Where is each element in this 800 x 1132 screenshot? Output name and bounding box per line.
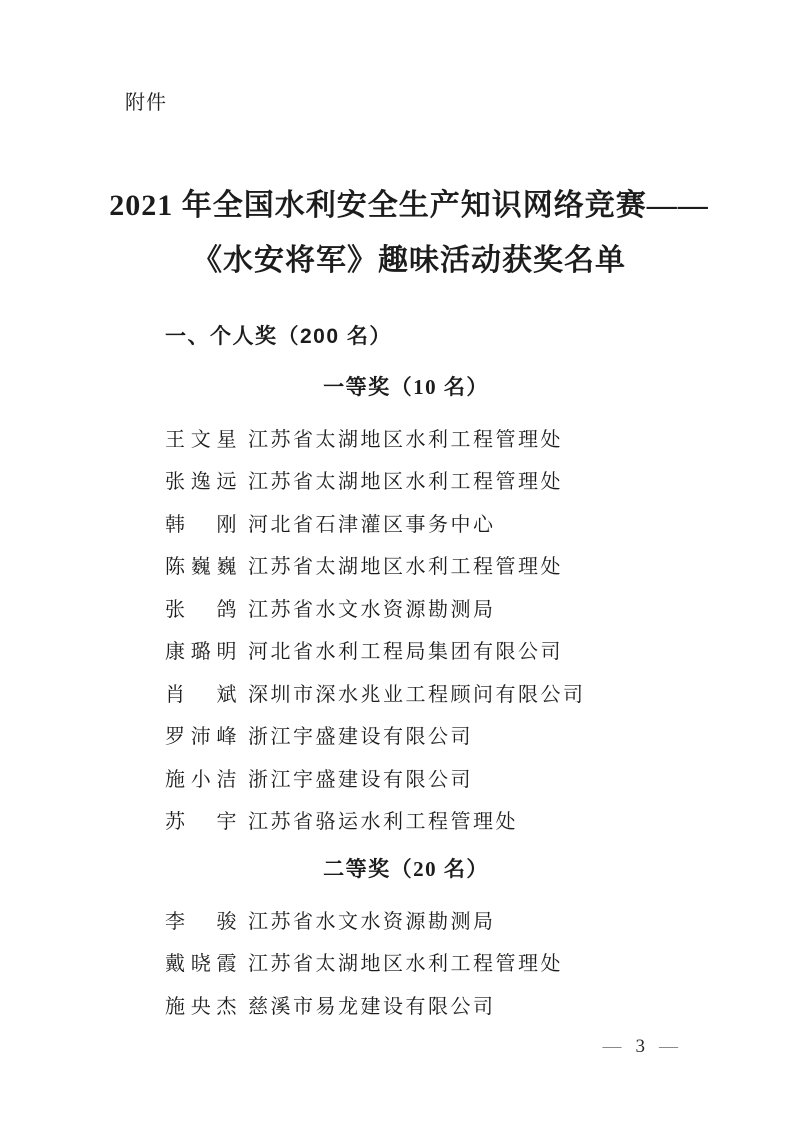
prize-subheading: 二等奖（20 名） (0, 857, 800, 881)
winners-list: 王文星江苏省太湖地区水利工程管理处张逸远江苏省太湖地区水利工程管理处韩 刚河北省… (165, 416, 800, 841)
winner-row: 肖 斌深圳市深水兆业工程顾问有限公司 (165, 671, 800, 714)
document-title-line2: 《水安将军》趣味活动获奖名单 (18, 233, 800, 288)
winner-row: 李 骏江苏省水文水资源勘测局 (165, 898, 800, 941)
winner-name: 康璐明 (165, 635, 239, 664)
sections: 一等奖（10 名）王文星江苏省太湖地区水利工程管理处张逸远江苏省太湖地区水利工程… (0, 375, 800, 1026)
document-page: 附件 2021 年全国水利安全生产知识网络竞赛—— 《水安将军》趣味活动获奖名单… (0, 0, 800, 1132)
section-heading-individual-awards: 一、个人奖（200 名） (165, 325, 800, 349)
winner-name: 李 骏 (165, 905, 239, 934)
winner-organization: 江苏省骆运水利工程管理处 (248, 805, 518, 834)
document-title-line1: 2021 年全国水利安全生产知识网络竞赛—— (18, 178, 800, 233)
winner-name: 王文星 (165, 423, 239, 452)
winner-organization: 江苏省太湖地区水利工程管理处 (248, 465, 563, 494)
prize-section: 一等奖（10 名）王文星江苏省太湖地区水利工程管理处张逸远江苏省太湖地区水利工程… (0, 375, 800, 841)
winner-organization: 深圳市深水兆业工程顾问有限公司 (248, 678, 586, 707)
winner-name: 施小洁 (165, 763, 239, 792)
winner-organization: 河北省水利工程局集团有限公司 (248, 635, 563, 664)
winner-organization: 浙江宇盛建设有限公司 (248, 720, 473, 749)
winner-organization: 慈溪市易龙建设有限公司 (248, 990, 496, 1019)
winner-row: 张逸远江苏省太湖地区水利工程管理处 (165, 459, 800, 502)
winner-name: 施央杰 (165, 990, 239, 1019)
winner-organization: 江苏省太湖地区水利工程管理处 (248, 550, 563, 579)
footer-right-dash: — (659, 1036, 678, 1058)
document-title: 2021 年全国水利安全生产知识网络竞赛—— 《水安将军》趣味活动获奖名单 (0, 178, 800, 288)
winner-row: 陈巍巍江苏省太湖地区水利工程管理处 (165, 544, 800, 587)
winner-row: 王文星江苏省太湖地区水利工程管理处 (165, 416, 800, 459)
winner-name: 陈巍巍 (165, 550, 239, 579)
winner-organization: 河北省石津灌区事务中心 (248, 508, 496, 537)
winner-row: 苏 宇江苏省骆运水利工程管理处 (165, 799, 800, 842)
winner-organization: 江苏省水文水资源勘测局 (248, 593, 496, 622)
winner-row: 韩 刚河北省石津灌区事务中心 (165, 501, 800, 544)
winner-organization: 江苏省太湖地区水利工程管理处 (248, 947, 563, 976)
winner-organization: 浙江宇盛建设有限公司 (248, 763, 473, 792)
page-number: 3 (636, 1036, 646, 1058)
page-footer: — 3 — (603, 1036, 679, 1058)
winner-row: 张 鸽江苏省水文水资源勘测局 (165, 586, 800, 629)
prize-section: 二等奖（20 名）李 骏江苏省水文水资源勘测局戴晓霞江苏省太湖地区水利工程管理处… (0, 857, 800, 1026)
winner-name: 苏 宇 (165, 805, 239, 834)
winners-list: 李 骏江苏省水文水资源勘测局戴晓霞江苏省太湖地区水利工程管理处施央杰慈溪市易龙建… (165, 898, 800, 1026)
prize-subheading: 一等奖（10 名） (0, 375, 800, 399)
winner-name: 韩 刚 (165, 508, 239, 537)
attachment-label: 附件 (125, 0, 800, 115)
winner-organization: 江苏省水文水资源勘测局 (248, 905, 496, 934)
footer-left-dash: — (603, 1036, 622, 1058)
winner-row: 罗沛峰浙江宇盛建设有限公司 (165, 714, 800, 757)
winner-name: 罗沛峰 (165, 720, 239, 749)
winner-name: 戴晓霞 (165, 947, 239, 976)
winner-organization: 江苏省太湖地区水利工程管理处 (248, 423, 563, 452)
winner-row: 戴晓霞江苏省太湖地区水利工程管理处 (165, 941, 800, 984)
winner-row: 施小洁浙江宇盛建设有限公司 (165, 756, 800, 799)
winner-row: 施央杰慈溪市易龙建设有限公司 (165, 983, 800, 1026)
winner-row: 康璐明河北省水利工程局集团有限公司 (165, 629, 800, 672)
winner-name: 张 鸽 (165, 593, 239, 622)
winner-name: 肖 斌 (165, 678, 239, 707)
winner-name: 张逸远 (165, 465, 239, 494)
